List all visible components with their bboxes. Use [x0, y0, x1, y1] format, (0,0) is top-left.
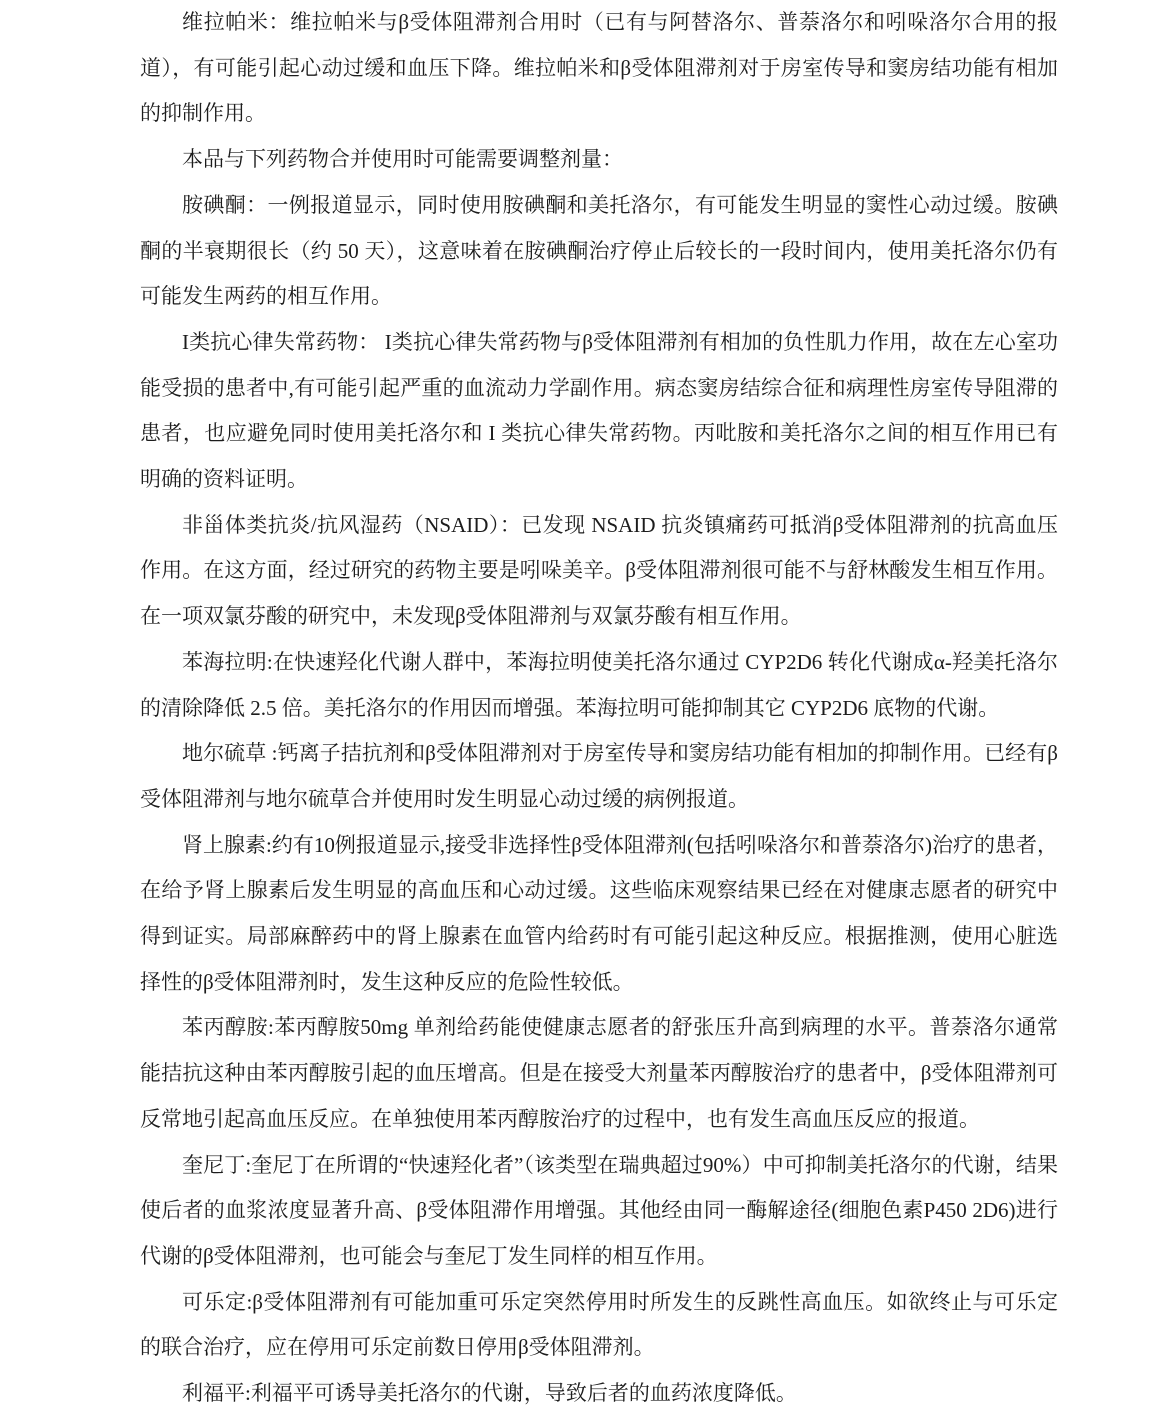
paragraph-phenylpropanolamine: 苯丙醇胺:苯丙醇胺50mg 单剂给药能使健康志愿者的舒张压升高到病理的水平。普萘…: [140, 1005, 1058, 1142]
paragraph-epinephrine: 肾上腺素:约有10例报道显示,接受非选择性β受体阻滞剂(包括吲哚洛尔和普萘洛尔)…: [140, 823, 1058, 1006]
paragraph-clonidine: 可乐定:β受体阻滞剂有可能加重可乐定突然停用时所发生的反跳性高血压。如欲终止与可…: [140, 1280, 1058, 1371]
paragraph-nsaid: 非甾体类抗炎/抗风湿药（NSAID）：已发现 NSAID 抗炎镇痛药可抵消β受体…: [140, 503, 1058, 640]
document-page: 维拉帕米：维拉帕米与β受体阻滞剂合用时（已有与阿替洛尔、普萘洛尔和吲哚洛尔合用的…: [0, 0, 1170, 1418]
paragraph-diltiazem: 地尔硫草 :钙离子拮抗剂和β受体阻滞剂对于房室传导和窦房结功能有相加的抑制作用。…: [140, 731, 1058, 822]
paragraph-diphenhydramine: 苯海拉明:在快速羟化代谢人群中，苯海拉明使美托洛尔通过 CYP2D6 转化代谢成…: [140, 640, 1058, 731]
paragraph-verapamil: 维拉帕米：维拉帕米与β受体阻滞剂合用时（已有与阿替洛尔、普萘洛尔和吲哚洛尔合用的…: [140, 0, 1058, 137]
paragraph-amiodarone: 胺碘酮：一例报道显示，同时使用胺碘酮和美托洛尔，有可能发生明显的窦性心动过缓。胺…: [140, 183, 1058, 320]
paragraph-rifampin: 利福平:利福平可诱导美托洛尔的代谢，导致后者的血药浓度降低。: [140, 1371, 1058, 1417]
paragraph-quinidine: 奎尼丁:奎尼丁在所谓的“快速羟化者”（该类型在瑞典超过90%）中可抑制美托洛尔的…: [140, 1143, 1058, 1280]
paragraph-class-i-antiarrhythmics: I类抗心律失常药物： I类抗心律失常药物与β受体阻滞剂有相加的负性肌力作用，故在…: [140, 320, 1058, 503]
paragraph-dose-adjust-intro: 本品与下列药物合并使用时可能需要调整剂量：: [140, 137, 1058, 183]
